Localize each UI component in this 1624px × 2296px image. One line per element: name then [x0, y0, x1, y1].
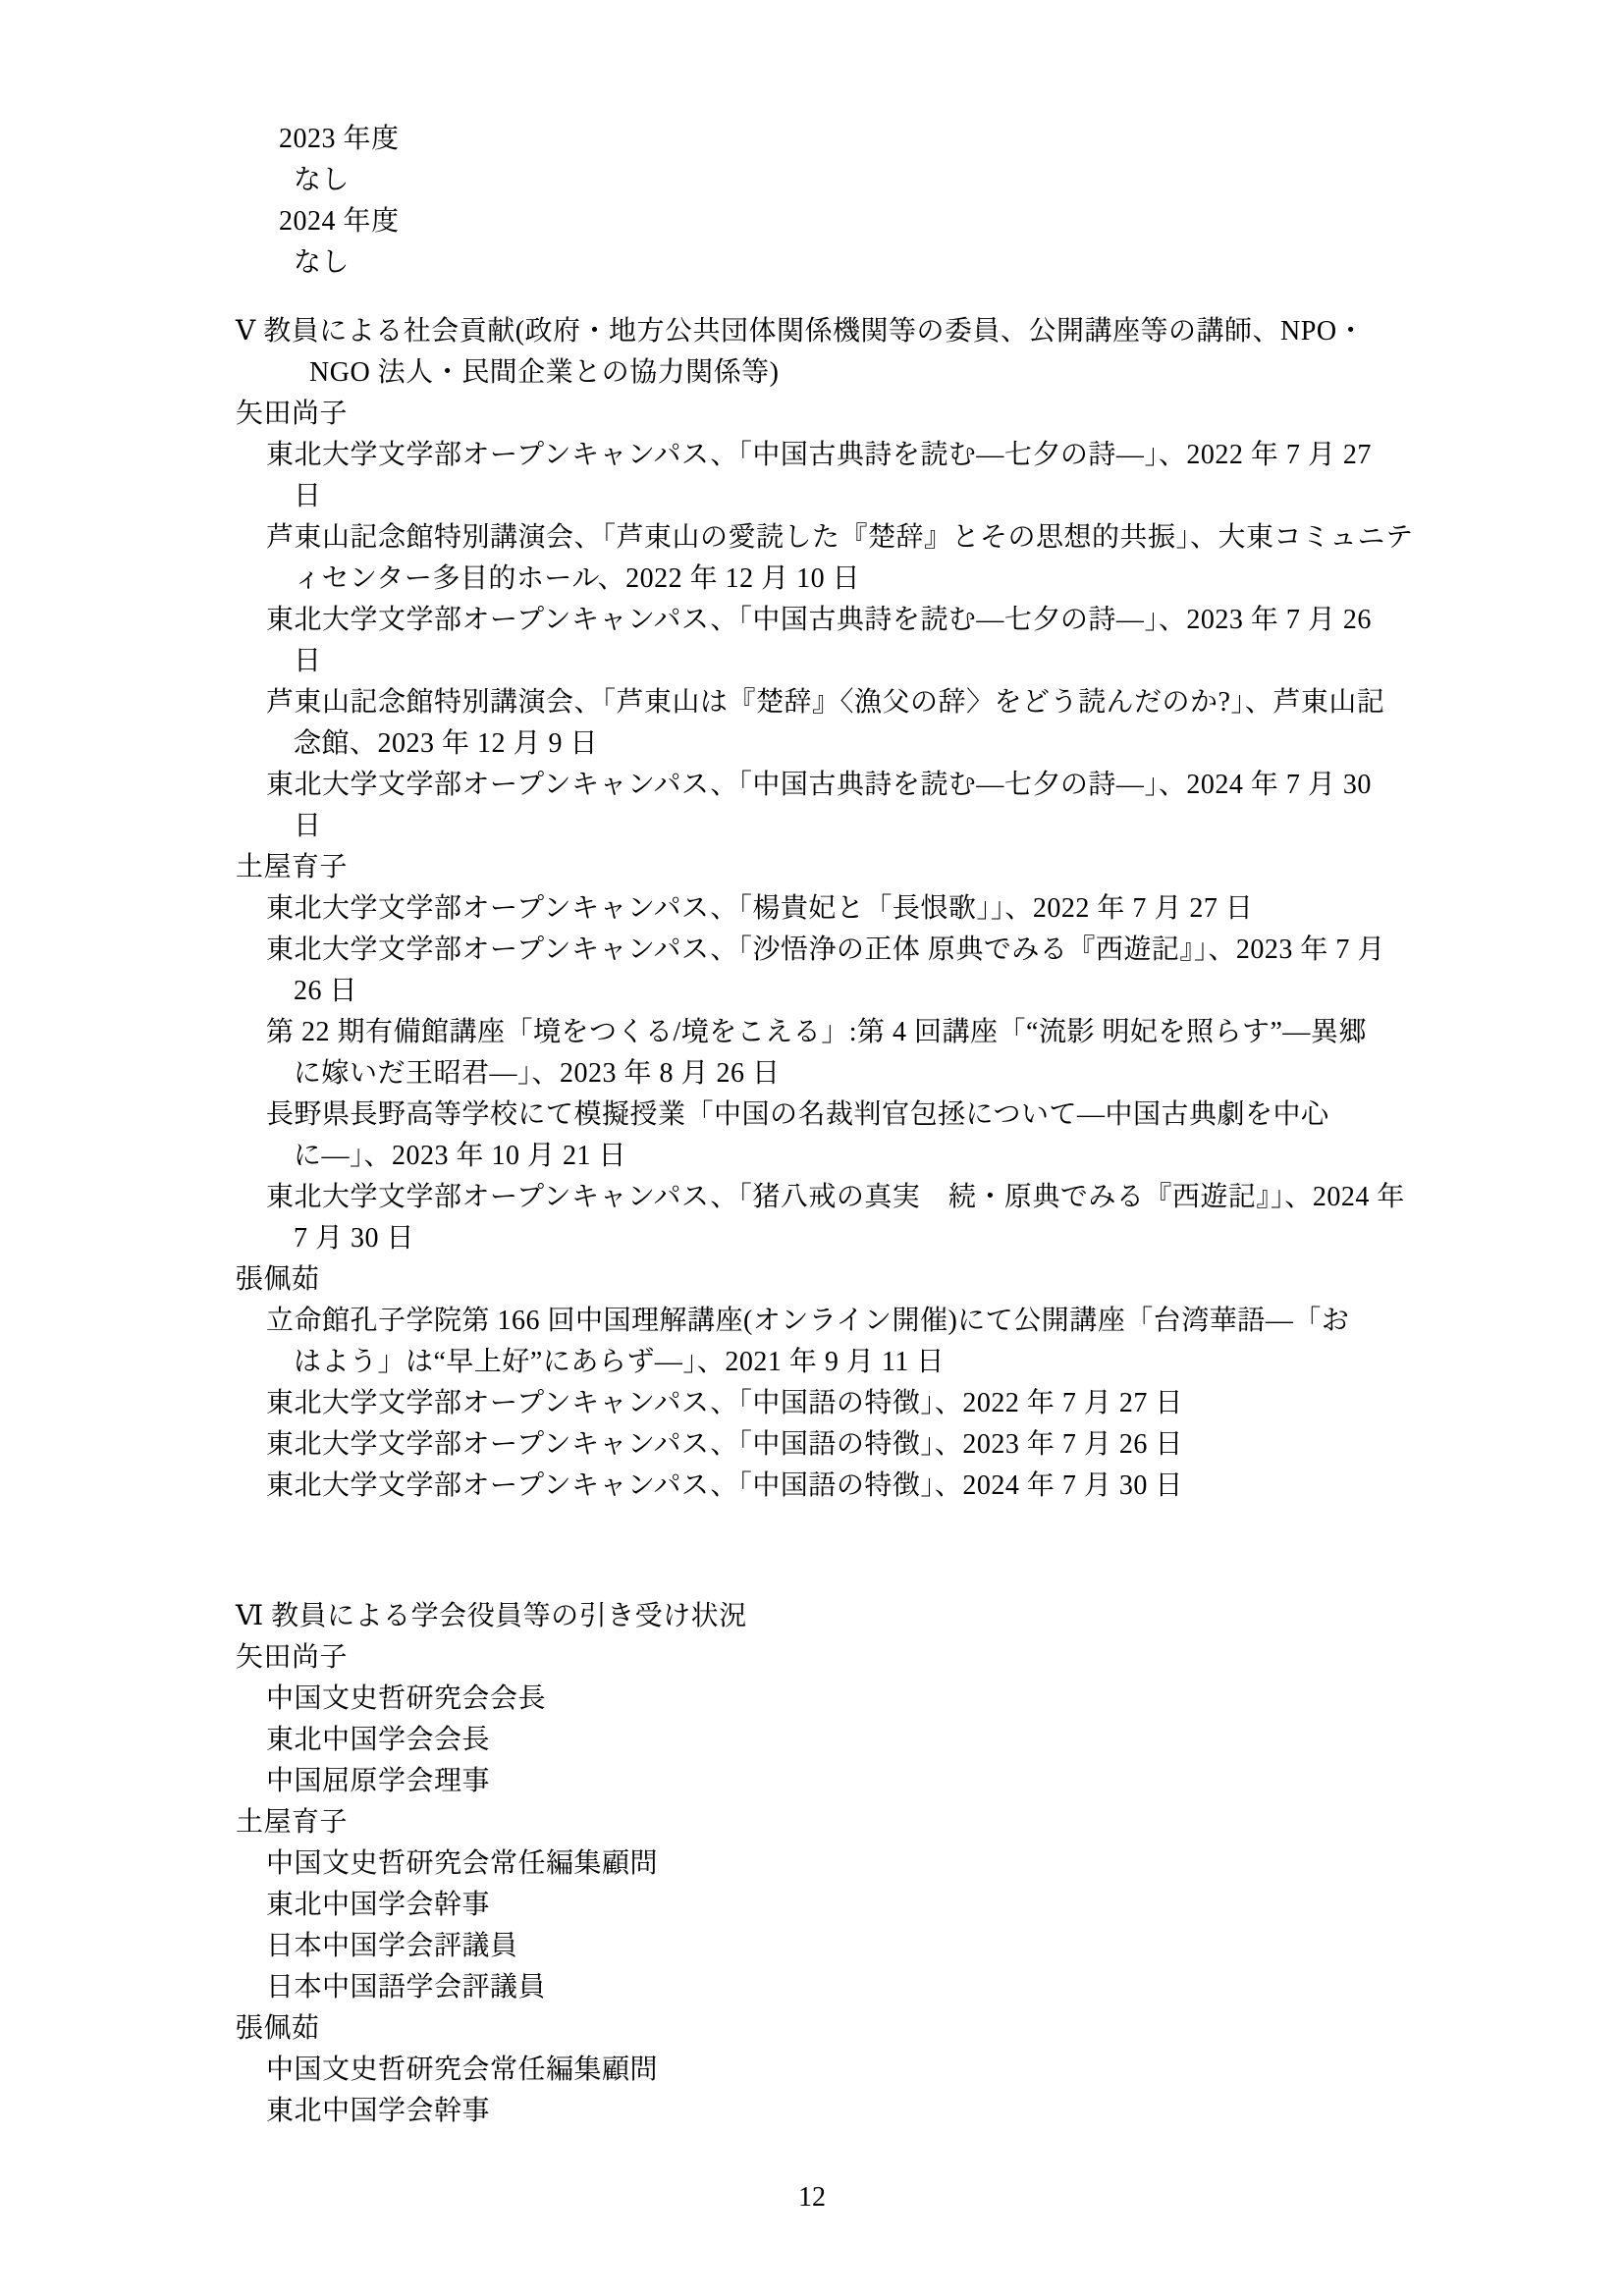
text-line: 第 22 期有備館講座「境をつくる/境をこえる」:第 4 回講座「“流影 明妃を…: [236, 1012, 1453, 1053]
text-line: 東北大学文学部オープンキャンパス、「中国語の特徴」、2024 年 7 月 30 …: [236, 1466, 1453, 1507]
section-heading-line: Ⅵ 教員による学会役員等の引き受け状況: [236, 1596, 1453, 1637]
text-line: 日: [236, 806, 1453, 847]
text-line: に嫁いだ王昭君―」、2023 年 8 月 26 日: [236, 1053, 1453, 1095]
text-line: 矢田尚子: [236, 394, 1453, 435]
document-body: 2023 年度なし2024 年度なし Ⅴ 教員による社会貢献(政府・地方公共団体…: [236, 119, 1453, 2132]
text-line: 東北大学文学部オープンキャンパス、「中国古典詩を読む―七夕の詩―」、2024 年…: [236, 765, 1453, 806]
text-line: ィセンター多目的ホール、2022 年 12 月 10 日: [236, 559, 1453, 600]
text-line: 芦東山記念館特別講演会、「芦東山は『楚辞』〈漁父の辞〉をどう読んだのか?」、芦東…: [236, 682, 1453, 723]
text-line: 東北大学文学部オープンキャンパス、「猪八戒の真実 続・原典でみる『西遊記』」、2…: [236, 1177, 1453, 1218]
text-line: 長野県長野高等学校にて模擬授業「中国の名裁判官包拯について―中国古典劇を中心: [236, 1095, 1453, 1136]
text-line: 念館、2023 年 12 月 9 日: [236, 723, 1453, 765]
text-line: 日: [236, 476, 1453, 517]
prelude-block: 2023 年度なし2024 年度なし: [236, 119, 1453, 284]
text-line: 東北中国学会会長: [236, 1720, 1453, 1761]
section-v: Ⅴ 教員による社会貢献(政府・地方公共団体関係機関等の委員、公開講座等の講師、N…: [236, 311, 1453, 1507]
text-line: 立命館孔子学院第 166 回中国理解講座(オンライン開催)にて公開講座「台湾華語…: [236, 1301, 1453, 1342]
text-line: 26 日: [236, 971, 1453, 1012]
text-line: 中国文史哲研究会常任編集顧問: [236, 2050, 1453, 2091]
text-line: 中国屈原学会理事: [236, 1761, 1453, 1802]
text-line: 2024 年度: [236, 201, 1453, 242]
text-line: 東北大学文学部オープンキャンパス、「中国語の特徴」、2022 年 7 月 27 …: [236, 1383, 1453, 1424]
text-line: 土屋育子: [236, 847, 1453, 888]
text-line: 中国文史哲研究会会長: [236, 1679, 1453, 1720]
text-line: 東北大学文学部オープンキャンパス、「沙悟浄の正体 原典でみる『西遊記』」、202…: [236, 930, 1453, 971]
text-line: 東北中国学会幹事: [236, 2091, 1453, 2132]
section-vi: Ⅵ 教員による学会役員等の引き受け状況矢田尚子中国文史哲研究会会長東北中国学会会…: [236, 1596, 1453, 2132]
text-line: に―」、2023 年 10 月 21 日: [236, 1136, 1453, 1177]
text-line: はよう」は“早上好”にあらず―」、2021 年 9 月 11 日: [236, 1342, 1453, 1383]
text-line: 東北大学文学部オープンキャンパス、「中国語の特徴」、2023 年 7 月 26 …: [236, 1424, 1453, 1466]
page-number: 12: [0, 2177, 1624, 2218]
text-line: 矢田尚子: [236, 1637, 1453, 1679]
text-line: 東北大学文学部オープンキャンパス、「楊貴妃と「長恨歌」」、2022 年 7 月 …: [236, 888, 1453, 930]
text-line: 東北大学文学部オープンキャンパス、「中国古典詩を読む―七夕の詩―」、2022 年…: [236, 435, 1453, 476]
text-line: 中国文史哲研究会常任編集顧問: [236, 1843, 1453, 1885]
text-line: 7 月 30 日: [236, 1218, 1453, 1259]
text-line: 日本中国学会評議員: [236, 1926, 1453, 1967]
text-line: 張佩茹: [236, 2008, 1453, 2050]
text-line: 日本中国語学会評議員: [236, 1967, 1453, 2008]
section-heading-line: Ⅴ 教員による社会貢献(政府・地方公共団体関係機関等の委員、公開講座等の講師、N…: [236, 311, 1453, 352]
text-line: 日: [236, 641, 1453, 682]
text-line: 東北大学文学部オープンキャンパス、「中国古典詩を読む―七夕の詩―」、2023 年…: [236, 600, 1453, 641]
text-line: なし: [236, 160, 1453, 201]
text-line: 張佩茹: [236, 1259, 1453, 1301]
text-line: 土屋育子: [236, 1802, 1453, 1843]
section-heading-line: NGO 法人・民間企業との協力関係等): [236, 352, 1453, 394]
text-line: なし: [236, 242, 1453, 284]
text-line: 東北中国学会幹事: [236, 1885, 1453, 1926]
text-line: 2023 年度: [236, 119, 1453, 160]
document-page: 2023 年度なし2024 年度なし Ⅴ 教員による社会貢献(政府・地方公共団体…: [0, 0, 1624, 2296]
text-line: 芦東山記念館特別講演会、「芦東山の愛読した『楚辞』とその思想的共振」、大東コミュ…: [236, 517, 1453, 559]
